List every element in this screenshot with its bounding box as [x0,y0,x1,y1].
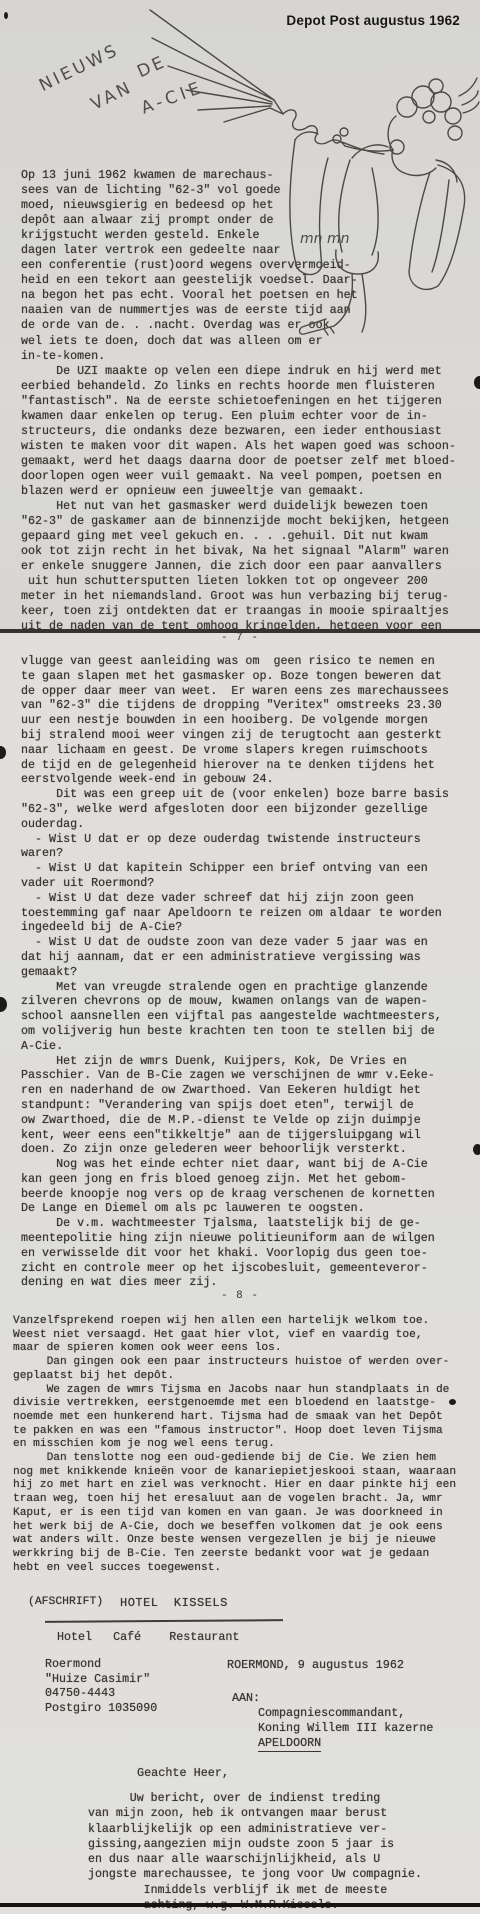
page8-wist-u-dat-list: - Wist U dat er op deze ouderdag twisten… [21,832,449,980]
aan-label: AAN: [232,1691,260,1705]
page8-paragraph-4: Het zijn de wmrs Duenk, Kuijpers, Kok, D… [21,1054,449,1158]
ink-blot [4,12,8,19]
page-number-8: - 8 - [0,1290,480,1302]
afschrift-label: (AFSCHRIFT) [28,1596,103,1608]
page7-paragraph-3: Het nut van het gasmasker werd duidelijk… [21,499,456,634]
squiggle-marks: mn mn [300,231,349,247]
megaphone-icon [150,10,393,151]
letter-dateline: ROERMOND, 9 augustus 1962 [227,1658,404,1672]
scan-hole-artifact [474,376,480,389]
page-number-7: - 7 - [0,632,480,644]
scan-hole-artifact [473,1144,480,1155]
page8-paragraph-3: Met van vreugde stralende ogen en pracht… [21,980,449,1054]
trumpeter-figure [290,78,479,335]
page8-paragraph-5: Nog was het einde echter niet daar, want… [21,1157,449,1216]
letter-body: Uw bericht, over de indienst treding van… [88,1791,422,1913]
hotel-kissels-header: HOTEL KISSELS [120,1596,228,1610]
page8-paragraph-2: Dit was een greep uit de (voor enkelen) … [21,787,449,831]
recipient-address-block: Compagniescommandant, Koning Willem III … [258,1706,433,1736]
scanned-newsletter-page: Depot Post augustus 1962 [0,0,480,1914]
sender-address-block: Roermond "Huize Casimir" 04750-4443 Post… [45,1657,157,1715]
scan-edge-bar [0,1903,480,1907]
recipient-city: APELDOORN [258,1736,321,1752]
page-seam-line [0,629,480,633]
page8-body: vlugge van geest aanleiding was om geen … [21,654,449,1290]
hotel-services-line: Hotel Café Restaurant [57,1630,239,1644]
page8-welcome-paragraph: Vanzelfsprekend roepen wij hen allen een… [13,1315,456,1575]
ink-blot [449,1399,456,1405]
letter-salutation: Geachte Heer, [137,1766,229,1780]
page8-paragraph-1: vlugge van geest aanleiding was om geen … [21,654,449,787]
page8-paragraph-6: De v.m. wachtmeester Tjalsma, laatstelij… [21,1216,449,1290]
